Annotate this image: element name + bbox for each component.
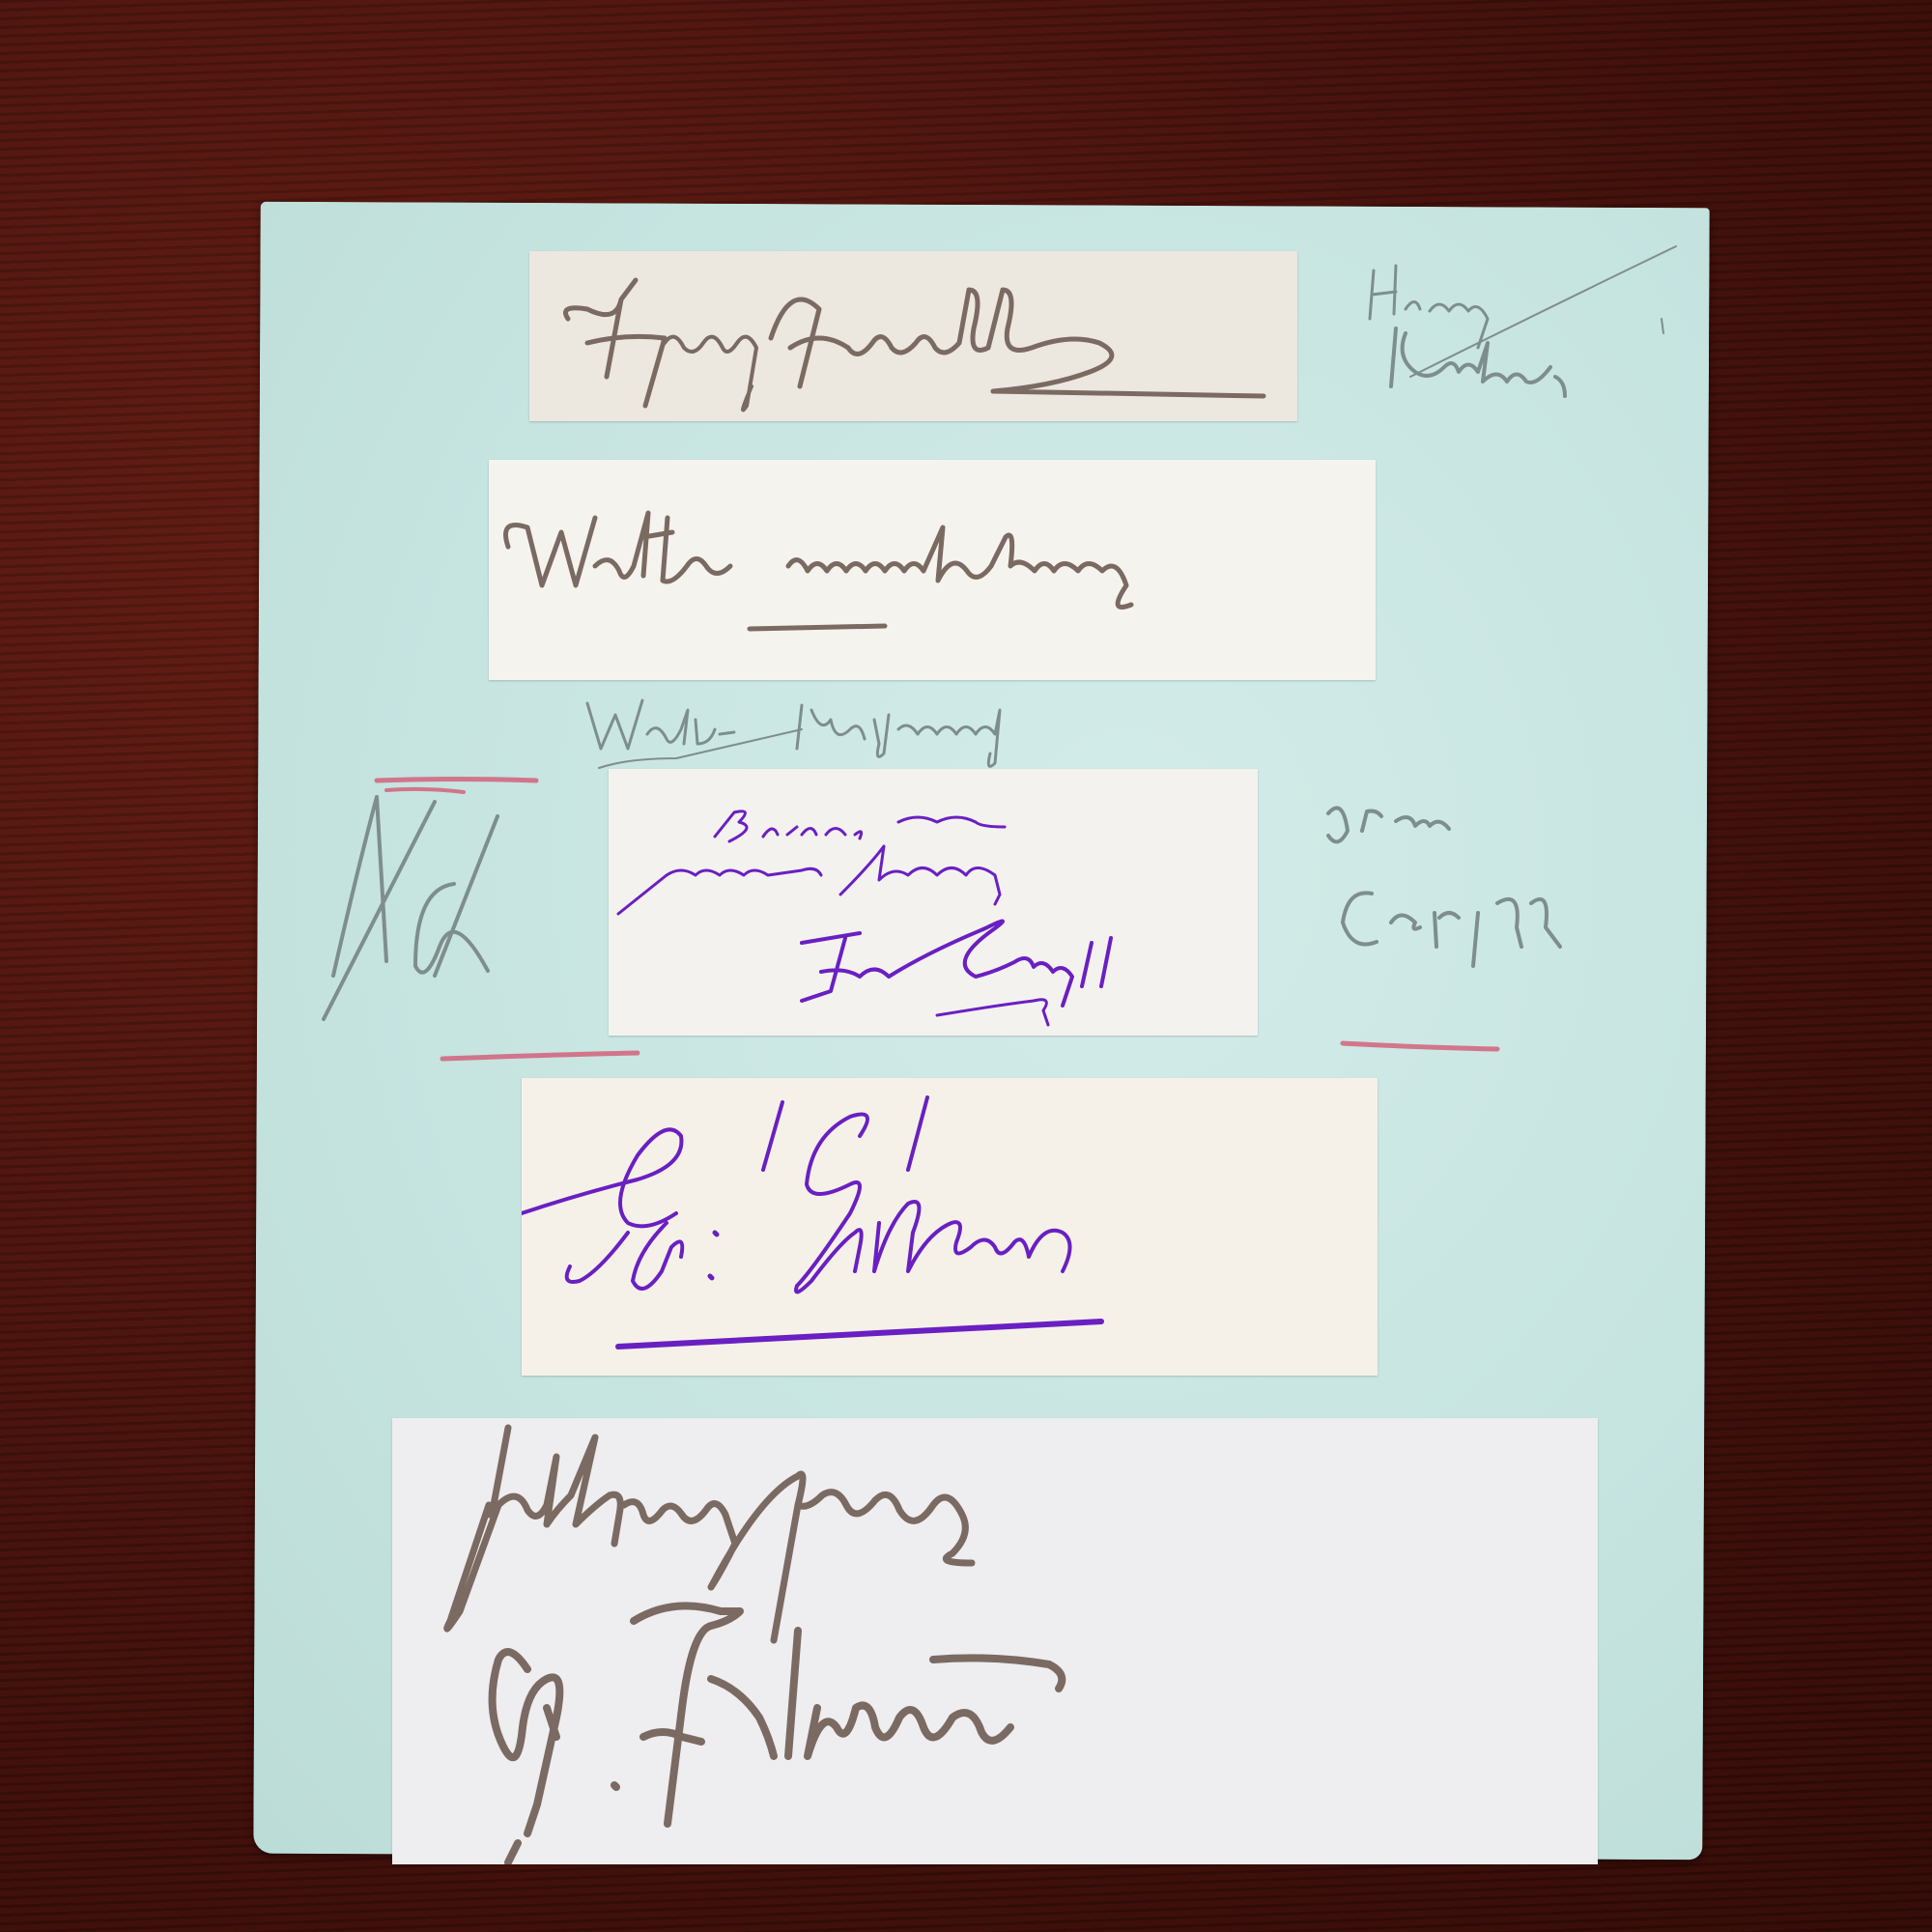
signature-ink: [529, 251, 1297, 421]
signature-slip-montgomery: Walter Montgomery: [489, 460, 1376, 680]
signature-slip-caryll: Believe me Yours Sincerely Ivan Caryll: [609, 769, 1258, 1036]
signature-ink: [609, 769, 1258, 1036]
signature-slip-fortescue: Faithfully yours M. Fortescue: [392, 1418, 1598, 1864]
signature-slip-kemble: Henry Kemble: [529, 251, 1297, 421]
signature-slip-giddens: Geo: Giddens: [522, 1078, 1378, 1376]
signature-ink: [392, 1418, 1598, 1864]
signature-ink: [489, 460, 1376, 680]
signature-ink: [522, 1078, 1378, 1376]
